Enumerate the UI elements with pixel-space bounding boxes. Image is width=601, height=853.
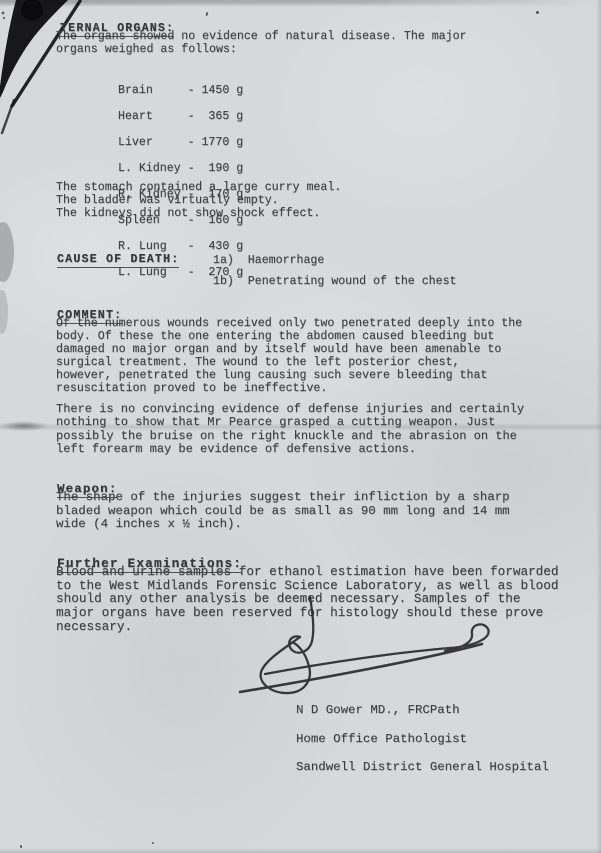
weight-unit: g: [236, 110, 243, 123]
organ-weight: 365: [201, 110, 229, 123]
comment-paragraph-2: There is no convincing evidence of defen…: [56, 403, 524, 456]
dash: -: [188, 240, 202, 253]
organ-row: Liver-1770g: [118, 136, 243, 149]
cod-item-text: Penetrating wound of the chest: [248, 275, 457, 288]
cause-of-death-item-1b: 1b)Penetrating wound of the chest: [213, 263, 457, 289]
weight-unit: g: [236, 84, 243, 97]
organ-weight: 190: [201, 162, 229, 175]
organ-row: Heart-365g: [118, 110, 243, 123]
weight-unit: g: [236, 162, 243, 175]
comment-paragraph-1: Of the numerous wounds received only two…: [56, 318, 522, 395]
signatory-name: N D Gower MD., FRCPath: [296, 703, 549, 717]
toner-speck: [205, 12, 208, 16]
findings-paragraph: The stomach contained a large curry meal…: [56, 182, 341, 221]
organ-row: L. Kidney-190g: [118, 162, 243, 175]
organ-name: Heart: [118, 110, 188, 123]
scan-bottom-edge-shadow: [0, 848, 601, 853]
cod-item-number: 1b): [213, 276, 234, 289]
intro-paragraph: The organs showed no evidence of natural…: [56, 31, 467, 57]
organ-row: Brain-1450g: [118, 84, 243, 97]
organ-name: Liver: [118, 136, 188, 149]
dash: -: [188, 162, 202, 175]
toner-speck: [536, 11, 539, 14]
report-page: TERNAL ORGANS: The organs showed no evid…: [0, 0, 601, 853]
organ-weight: 1450: [201, 84, 229, 97]
organ-name: L. Lung: [118, 266, 188, 279]
cause-of-death-heading-text: CAUSE OF DEATH:: [57, 253, 179, 268]
organ-name: Brain: [118, 84, 188, 97]
signature-flourish: [215, 592, 505, 702]
dash: -: [188, 84, 202, 97]
dash: -: [188, 110, 202, 123]
signatory-hospital: Sandwell District General Hospital: [296, 760, 549, 774]
toner-speck: [152, 842, 154, 844]
toner-speck: [20, 845, 22, 848]
weapon-paragraph: The shape of the injuries suggest their …: [56, 491, 510, 532]
weight-unit: g: [236, 136, 243, 149]
paper-crease-shadow: [0, 421, 48, 431]
organ-name: L. Kidney: [118, 162, 188, 175]
dash: -: [188, 266, 202, 279]
organ-weight: 1770: [201, 136, 229, 149]
dash: -: [188, 136, 202, 149]
signatory-block: N D Gower MD., FRCPath Home Office Patho…: [296, 689, 549, 788]
signatory-title: Home Office Pathologist: [296, 732, 549, 746]
cause-of-death-label: CAUSE OF DEATH:: [57, 241, 179, 267]
